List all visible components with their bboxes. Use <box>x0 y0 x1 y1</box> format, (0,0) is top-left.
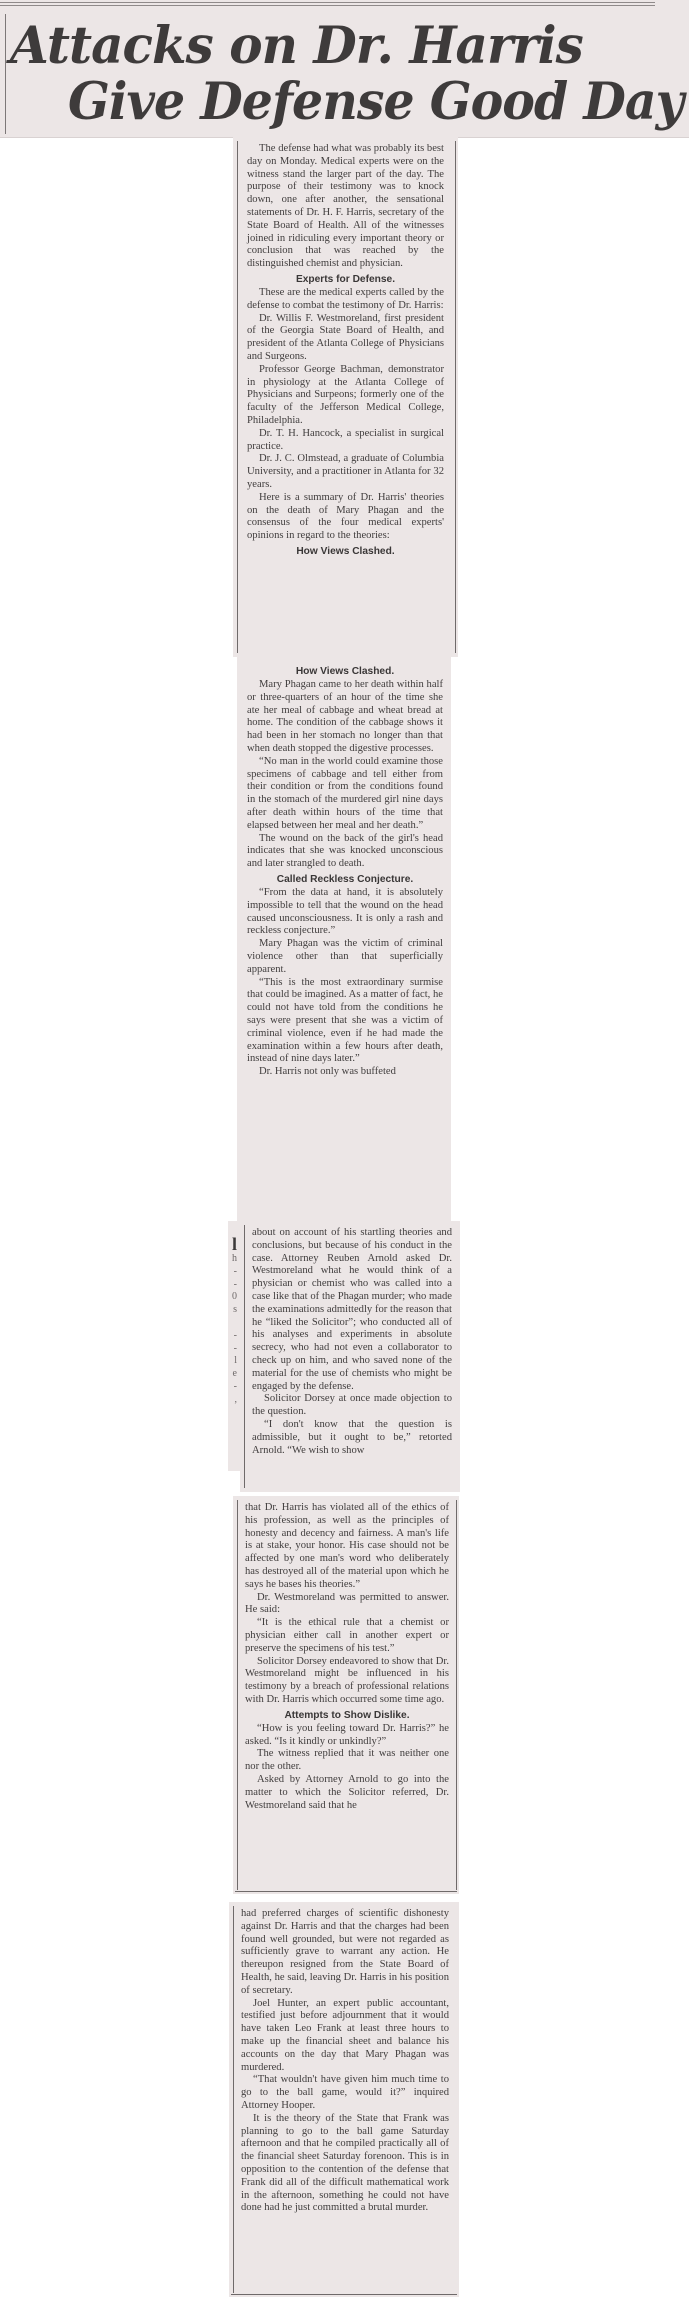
headline-line-2: Give Defense Good Day <box>68 72 683 132</box>
paragraph-feeling-toward: “How is you feeling toward Dr. Harris?” … <box>245 1723 449 1749</box>
paragraph-buffeted: Dr. Harris not only was buffeted <box>247 1066 443 1079</box>
paragraph-hancock: Dr. T. H. Hancock, a specialist in surgi… <box>247 428 444 454</box>
paragraph-dorsey-objection: Solicitor Dorsey at once made objection … <box>252 1393 452 1419</box>
margin-fragment-2: - <box>228 1266 237 1279</box>
paragraph-data-at-hand: “From the data at hand, it is absolutely… <box>247 887 443 938</box>
paragraph-phagan-death: Mary Phagan came to her death within hal… <box>247 679 443 756</box>
paragraph-arnold-retort: “I don't know that the question is admis… <box>252 1419 452 1457</box>
column-rule-bottom <box>235 1891 457 1892</box>
subhead-called-reckless-conjecture: Called Reckless Conjecture. <box>247 873 443 886</box>
paragraph-conduct-in-case: about on account of his startling theori… <box>252 1227 452 1393</box>
paragraph-ball-game: “That wouldn't have given him much time … <box>241 2074 449 2112</box>
column-rule-left <box>237 141 238 653</box>
paragraph-asked-by-arnold: Asked by Attorney Arnold to go into the … <box>245 1774 449 1812</box>
paragraph-extraordinary-surmise: “This is the most extraordinary surmise … <box>247 977 443 1067</box>
article-clip-1: The defense had what was probably its be… <box>233 137 458 657</box>
paragraph-state-theory: It is the theory of the State that Frank… <box>241 2113 449 2215</box>
margin-fragment-8: - <box>228 1343 237 1356</box>
paragraph-olmstead: Dr. J. C. Olmstead, a graduate of Columb… <box>247 453 444 491</box>
margin-fragment-7: - <box>228 1330 237 1343</box>
paragraph-experts-called: These are the medical experts called by … <box>247 287 444 313</box>
paragraph-intro: The defense had what was probably its be… <box>247 143 444 271</box>
adjacent-column-fragment: l h - - 0 s - - l e - , <box>228 1221 240 1471</box>
margin-fragment-10: e <box>228 1368 237 1381</box>
paragraph-westmoreland: Dr. Willis F. Westmoreland, first presid… <box>247 313 444 364</box>
paragraph-preferred-charges: had preferred charges of scientific dish… <box>241 1908 449 1998</box>
margin-fragment-11: - <box>228 1381 237 1394</box>
subhead-how-views-clashed-repeat: How Views Clashed. <box>247 665 443 678</box>
paragraph-no-man: “No man in the world could examine those… <box>247 756 443 833</box>
margin-fragment-1: h <box>228 1253 237 1266</box>
paragraph-bachman: Professor George Bachman, demonstrator i… <box>247 364 444 428</box>
left-rule <box>5 14 6 134</box>
margin-fragment-0: l <box>228 1235 237 1253</box>
paragraph-dorsey-endeavored: Solicitor Dorsey endeavored to show that… <box>245 1656 449 1707</box>
article-clip-2: How Views Clashed. Mary Phagan came to h… <box>237 657 451 1221</box>
paragraph-wound: The wound on the back of the girl's head… <box>247 833 443 871</box>
column-rule-left <box>244 1225 245 1488</box>
article-clip-3: about on account of his startling theori… <box>240 1221 460 1492</box>
subhead-how-views-clashed: How Views Clashed. <box>247 545 444 558</box>
headline-line-1: Attacks on Dr. Harris <box>10 16 583 76</box>
paragraph-joel-hunter: Joel Hunter, an expert public accountant… <box>241 1998 449 2075</box>
margin-fragment-9: l <box>228 1355 237 1368</box>
column-rule-bottom <box>231 2294 457 2295</box>
paragraph-ethics: that Dr. Harris has violated all of the … <box>245 1502 449 1592</box>
subhead-experts-for-defense: Experts for Defense. <box>247 273 444 286</box>
column-rule-left <box>237 1500 238 1890</box>
margin-fragment-6 <box>228 1317 237 1330</box>
paragraph-summary: Here is a summary of Dr. Harris' theorie… <box>247 492 444 543</box>
margin-fragment-4: 0 <box>228 1291 237 1304</box>
column-rule-right <box>456 1500 457 1890</box>
article-clip-5: had preferred charges of scientific dish… <box>229 1902 459 2297</box>
column-rule-right <box>455 141 456 653</box>
headline-block: Attacks on Dr. Harris Give Defense Good … <box>0 0 689 138</box>
paragraph-criminal-violence: Mary Phagan was the victim of criminal v… <box>247 938 443 976</box>
paragraph-westmoreland-permitted: Dr. Westmoreland was permitted to answer… <box>245 1592 449 1618</box>
column-rule-left <box>233 1906 234 2293</box>
paragraph-ethical-rule: “It is the ethical rule that a chemist o… <box>245 1617 449 1655</box>
subhead-attempts-to-show-dislike: Attempts to Show Dislike. <box>245 1709 449 1722</box>
paragraph-witness-replied: The witness replied that it was neither … <box>245 1748 449 1774</box>
article-clip-4: that Dr. Harris has violated all of the … <box>233 1496 459 1894</box>
margin-fragment-3: - <box>228 1279 237 1292</box>
margin-fragment-5: s <box>228 1304 237 1317</box>
margin-fragment-12: , <box>228 1394 237 1407</box>
top-rule <box>0 2 655 6</box>
